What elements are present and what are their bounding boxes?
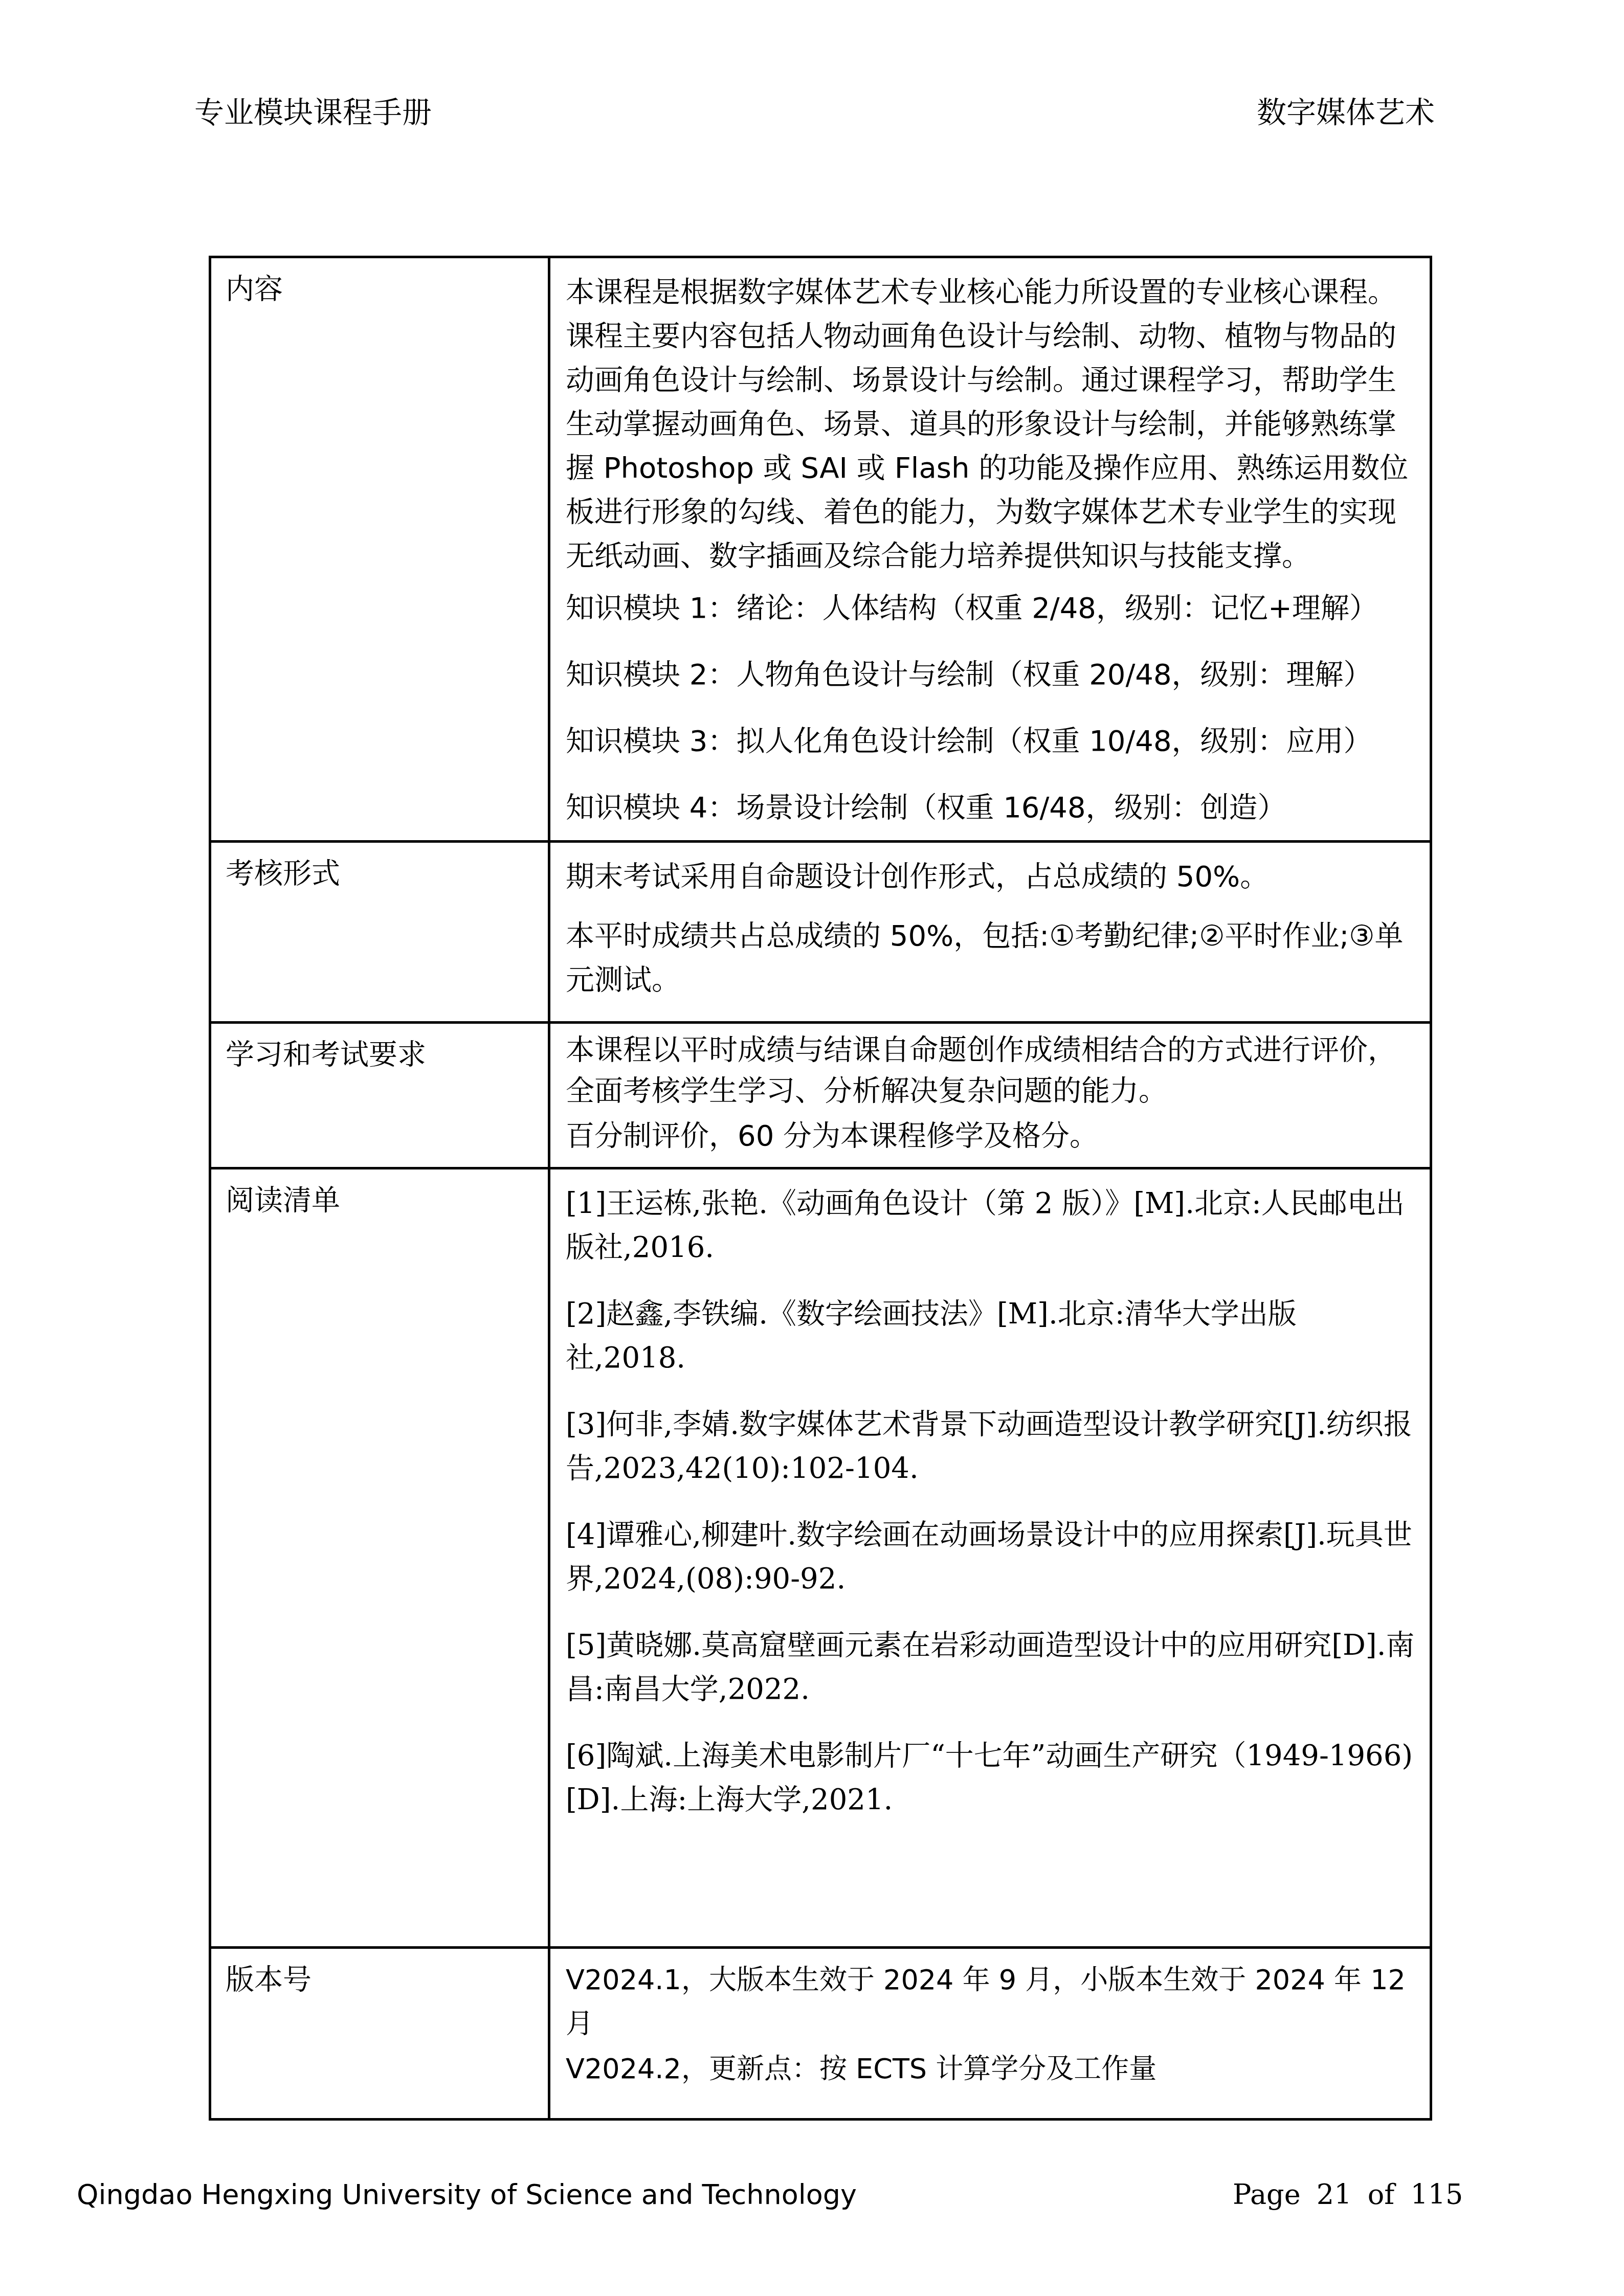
footer-page-number: Page 21 of 115 — [1233, 2174, 1463, 2215]
row-label: 考核形式 — [210, 842, 549, 1023]
header-program-name: 数字媒体艺术 — [1257, 92, 1435, 133]
reference-item: [3]何非,李婧.数字媒体艺术背景下动画造型设计教学研究[J].纺织报告,202… — [566, 1403, 1417, 1491]
page-of: of — [1368, 2178, 1395, 2211]
footer-institution: Qingdao Hengxing University of Science a… — [77, 2174, 857, 2215]
page-total: 115 — [1410, 2178, 1463, 2211]
knowledge-module: 知识模块 3：拟人化角色设计绘制（权重 10/48，级别：应用） — [566, 719, 1417, 763]
assessment-final-exam: 期末考试采用自命题设计创作形式，占总成绩的 50%。 — [566, 855, 1417, 899]
table-row-content: 内容 本课程是根据数字媒体艺术专业核心能力所设置的专业核心课程。课程主要内容包括… — [210, 257, 1431, 842]
passing-score: 百分制评价，60 分为本课程修学及格分。 — [566, 1116, 1417, 1157]
reference-item: [5]黄晓娜.莫高窟壁画元素在岩彩动画造型设计中的应用研究[D].南昌:南昌大学… — [566, 1624, 1417, 1712]
knowledge-module: 知识模块 1：绪论：人体结构（权重 2/48，级别：记忆+理解） — [566, 587, 1417, 631]
row-label: 版本号 — [210, 1948, 549, 2120]
version-entry: V2024.1，大版本生效于 2024 年 9 月，小版本生效于 2024 年 … — [566, 1958, 1417, 2046]
reference-item: [6]陶斌.上海美术电影制片厂“十七年”动画生产研究（1949-1966)[D]… — [566, 1734, 1417, 1822]
reference-item: [2]赵鑫,李铁编.《数字绘画技法》[M].北京:清华大学出版社,2018. — [566, 1292, 1417, 1380]
knowledge-module: 知识模块 2：人物角色设计与绘制（权重 20/48，级别：理解） — [566, 653, 1417, 697]
reading-list: [1]王运栋,张艳.《动画角色设计（第 2 版）》[M].北京:人民邮电出版社,… — [549, 1168, 1431, 1948]
row-content-cell: 本课程以平时成绩与结课自命题创作成绩相结合的方式进行评价，全面考核学生学习、分析… — [549, 1023, 1431, 1168]
evaluation-method: 本课程以平时成绩与结课自命题创作成绩相结合的方式进行评价，全面考核学生学习、分析… — [566, 1030, 1417, 1112]
course-info-table: 内容 本课程是根据数字媒体艺术专业核心能力所设置的专业核心课程。课程主要内容包括… — [209, 256, 1432, 2121]
row-content-cell: V2024.1，大版本生效于 2024 年 9 月，小版本生效于 2024 年 … — [549, 1948, 1431, 2120]
table-row-version: 版本号 V2024.1，大版本生效于 2024 年 9 月，小版本生效于 202… — [210, 1948, 1431, 2120]
row-content-cell: 期末考试采用自命题设计创作形式，占总成绩的 50%。 本平时成绩共占总成绩的 5… — [549, 842, 1431, 1023]
table-row-reading-list: 阅读清单 [1]王运栋,张艳.《动画角色设计（第 2 版）》[M].北京:人民邮… — [210, 1168, 1431, 1948]
reference-item: [4]谭雅心,柳建叶.数字绘画在动画场景设计中的应用探索[J].玩具世界,202… — [566, 1513, 1417, 1601]
reference-item: [1]王运栋,张艳.《动画角色设计（第 2 版）》[M].北京:人民邮电出版社,… — [566, 1182, 1417, 1270]
knowledge-module: 知识模块 4：场景设计绘制（权重 16/48，级别：创造） — [566, 786, 1417, 830]
course-description: 本课程是根据数字媒体艺术专业核心能力所设置的专业核心课程。课程主要内容包括人物动… — [566, 271, 1417, 578]
row-content-cell: 本课程是根据数字媒体艺术专业核心能力所设置的专业核心课程。课程主要内容包括人物动… — [549, 257, 1431, 842]
table-row-assessment: 考核形式 期末考试采用自命题设计创作形式，占总成绩的 50%。 本平时成绩共占总… — [210, 842, 1431, 1023]
header-document-title: 专业模块课程手册 — [194, 92, 432, 133]
page-label: Page — [1233, 2178, 1301, 2211]
table-row-requirements: 学习和考试要求 本课程以平时成绩与结课自命题创作成绩相结合的方式进行评价，全面考… — [210, 1023, 1431, 1168]
version-entry: V2024.2，更新点：按 ECTS 计算学分及工作量 — [566, 2047, 1417, 2091]
page-current: 21 — [1317, 2178, 1352, 2211]
row-label: 内容 — [210, 257, 549, 842]
row-label: 学习和考试要求 — [210, 1023, 549, 1168]
assessment-regular-grade: 本平时成绩共占总成绩的 50%，包括:①考勤纪律;②平时作业;③单元测试。 — [566, 914, 1417, 1002]
row-label: 阅读清单 — [210, 1168, 549, 1948]
